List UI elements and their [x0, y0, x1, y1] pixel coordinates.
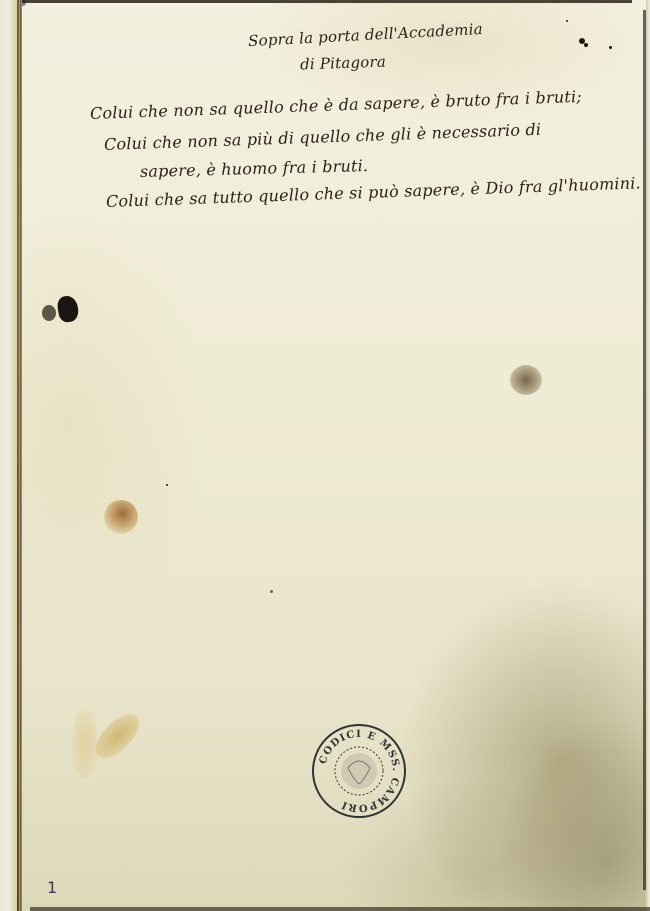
water-stain — [72, 708, 98, 778]
heading-line-2: di Pitagora — [300, 53, 387, 74]
ink-spot — [270, 590, 273, 593]
manuscript-page: Sopra la porta dell'Accademia di Pitagor… — [0, 0, 650, 911]
page-top-edge — [22, 0, 632, 3]
ink-spot — [166, 484, 168, 486]
ink-spot — [584, 43, 588, 47]
ink-blot — [56, 295, 79, 324]
body-line: Colui che non sa più di quello che gli è… — [104, 120, 542, 154]
page-right-edge — [643, 10, 646, 890]
binding-fold-line — [17, 0, 19, 911]
library-stamp: CODICI E MSS. CAMPORI — [312, 724, 406, 818]
body-line: sapere, è huomo fra i bruti. — [140, 156, 369, 181]
heading-line-1: Sopra la porta dell'Accademia — [248, 20, 483, 50]
page-bottom-edge — [30, 907, 650, 911]
water-stain — [104, 500, 138, 534]
folio-number: 1 — [47, 878, 57, 897]
ink-blot — [42, 305, 56, 321]
ink-spot — [566, 20, 568, 22]
ink-spot — [609, 46, 612, 49]
stamp-seal-icon: CODICI E MSS. CAMPORI — [312, 724, 406, 818]
foxing-stain — [510, 365, 542, 395]
body-line: Colui che non sa quello che è da sapere,… — [90, 87, 582, 123]
page-right-margin — [646, 0, 650, 911]
